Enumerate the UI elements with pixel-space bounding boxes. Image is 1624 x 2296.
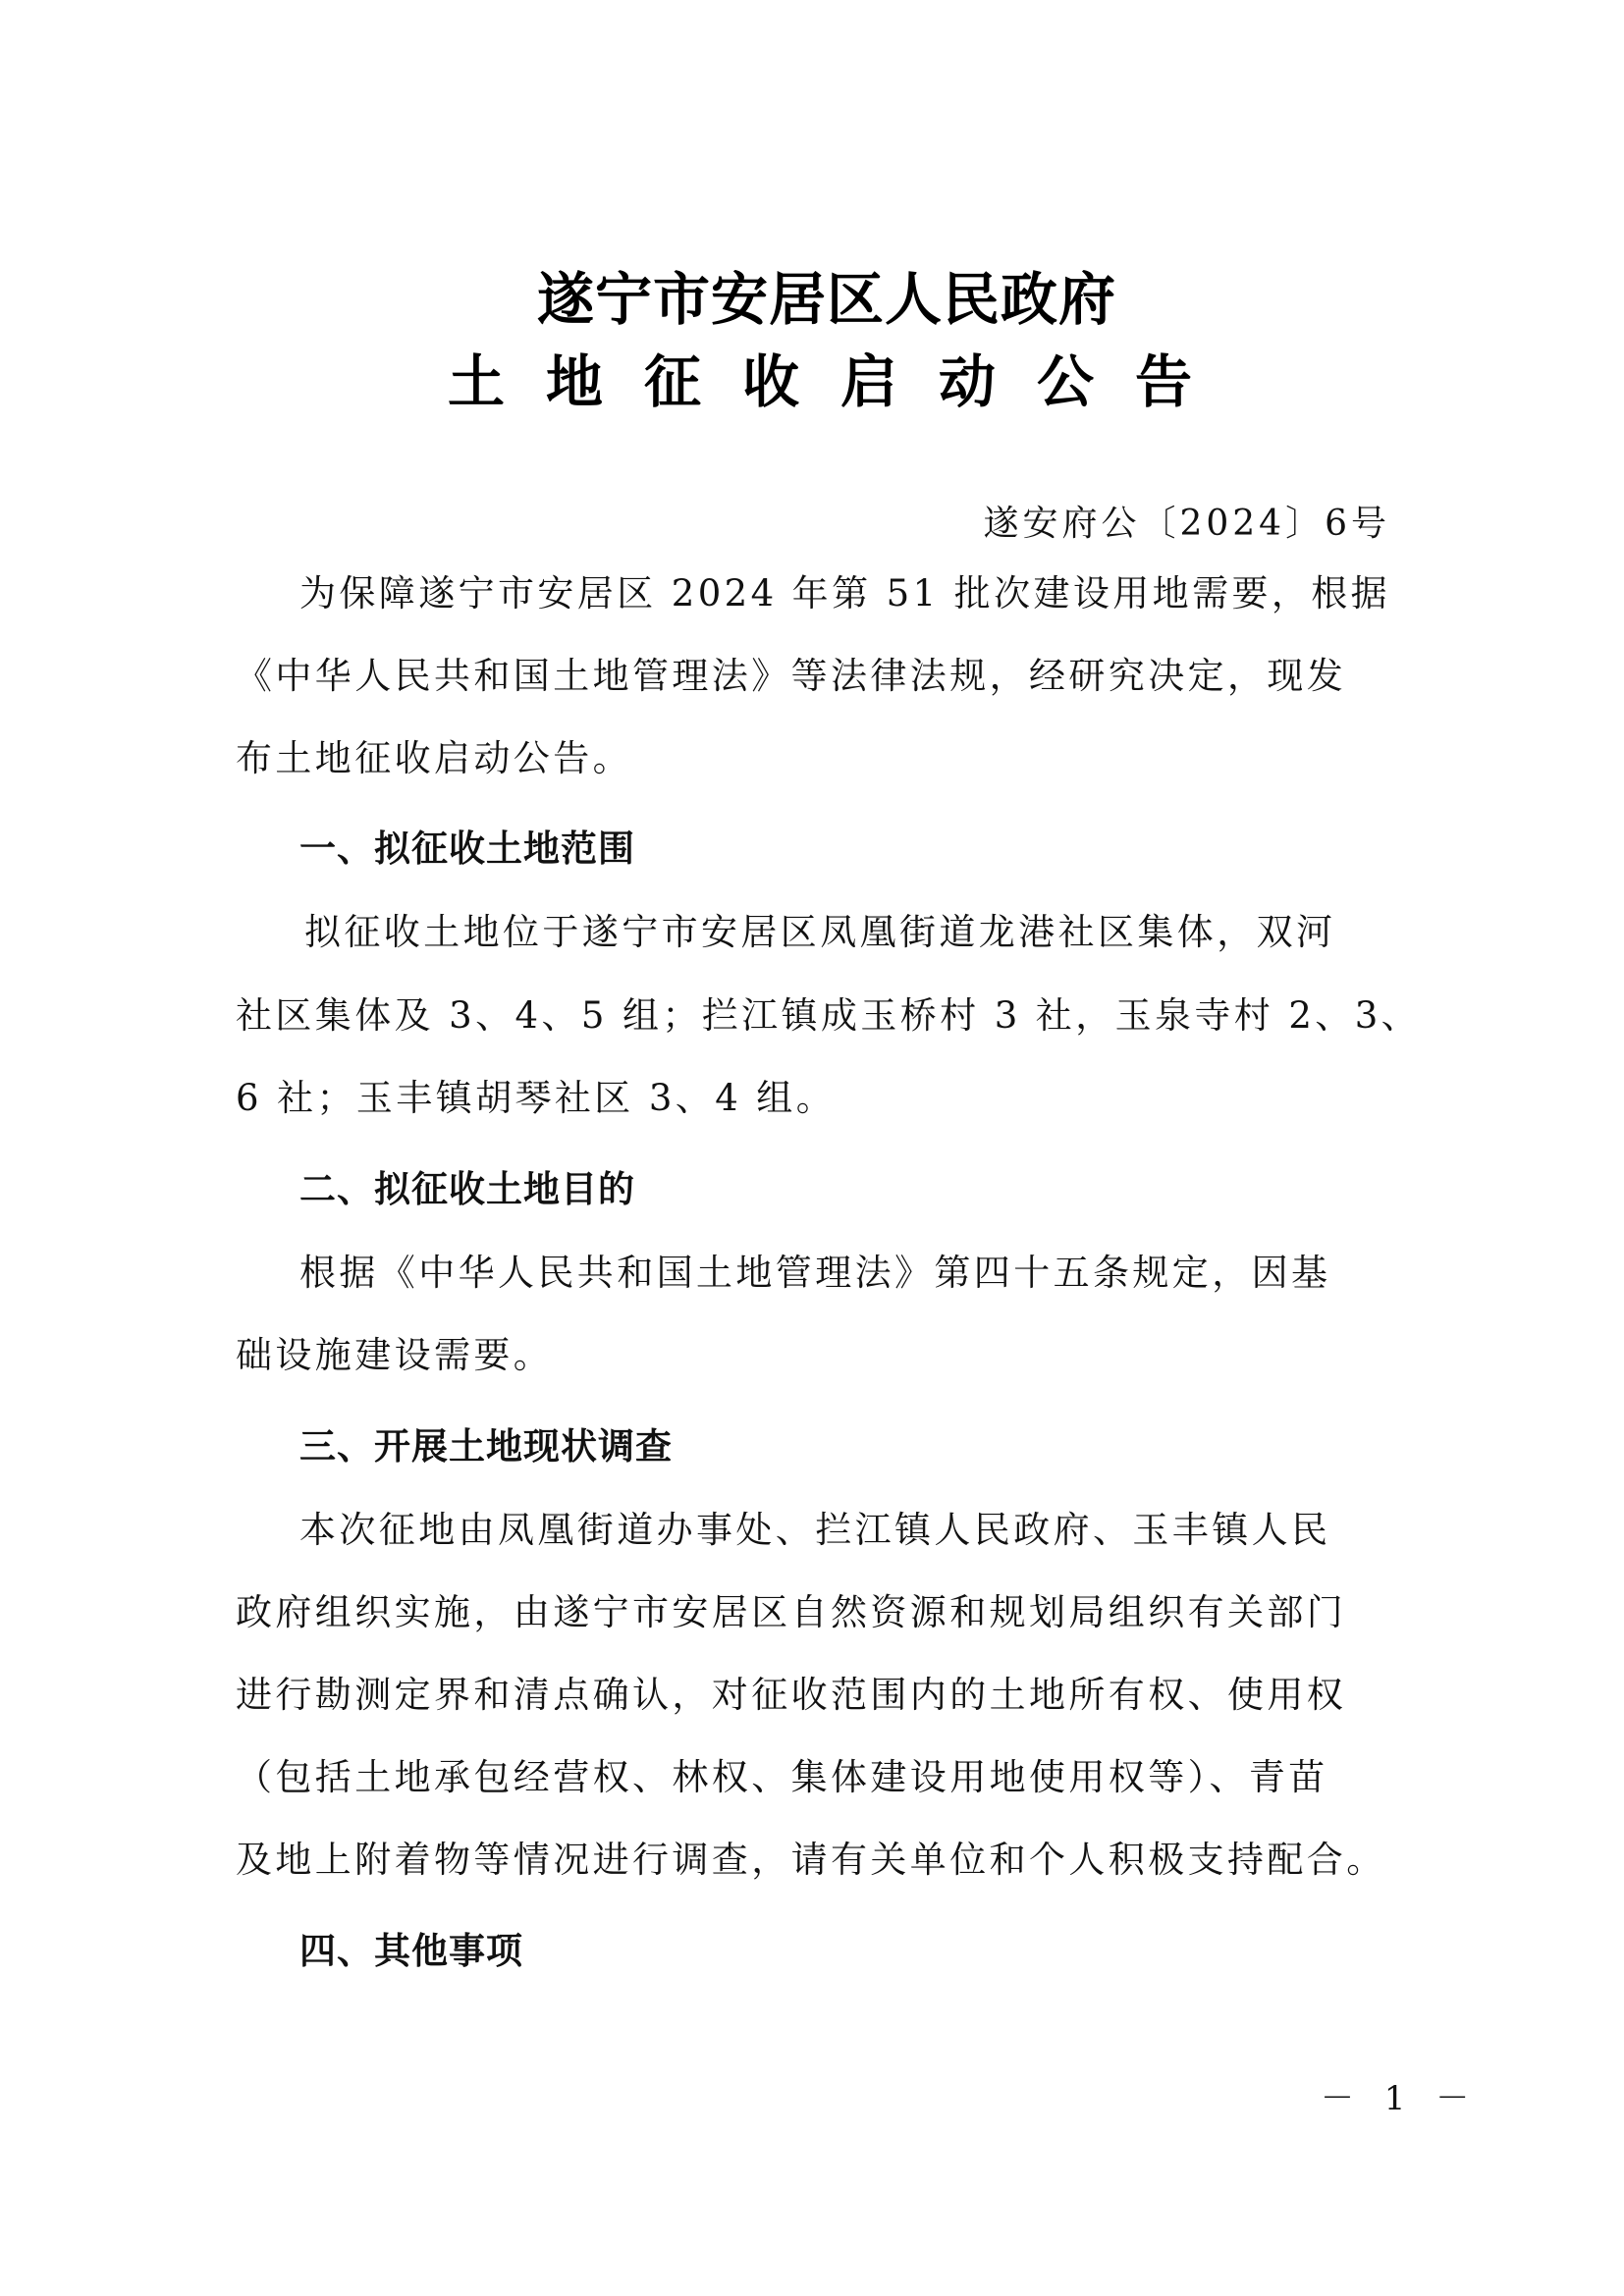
- section-3-line-3: 进行勘测定界和清点确认，对征收范围内的土地所有权、使用权: [236, 1671, 1414, 1720]
- document-page: 遂宁市安居区人民政府 土地征收启动公告 遂安府公〔2024〕6号 为保障遂宁市安…: [0, 0, 1624, 2296]
- intro-line-2: 《中华人民共和国土地管理法》等法律法规，经研究决定，现发: [236, 652, 1414, 701]
- intro-line-3: 布土地征收启动公告。: [236, 734, 1414, 783]
- section-3-line-4: （包括土地承包经营权、林权、集体建设用地使用权等）、青苗: [236, 1753, 1414, 1802]
- section-3-line-1: 本次征地由凤凰街道办事处、拦江镇人民政府、玉丰镇人民: [299, 1506, 1478, 1555]
- section-heading-3: 三、开展土地现状调查: [299, 1422, 673, 1471]
- section-heading-2: 二、拟征收土地目的: [299, 1165, 635, 1214]
- issuer-title: 遂宁市安居区人民政府: [0, 253, 1624, 336]
- section-1-line-3: 6 社；玉丰镇胡琴社区 3、4 组。: [236, 1074, 1414, 1123]
- section-3-line-2: 政府组织实施，由遂宁市安居区自然资源和规划局组织有关部门: [236, 1588, 1414, 1637]
- section-2-line-1: 根据《中华人民共和国土地管理法》第四十五条规定，因基: [299, 1249, 1478, 1298]
- document-number: 遂安府公〔2024〕6号: [983, 496, 1390, 546]
- page-number: － 1 －: [1321, 2071, 1479, 2119]
- section-2-line-2: 础设施建设需要。: [236, 1331, 1414, 1380]
- section-1-line-1: 拟征收土地位于遂宁市安居区凤凰街道龙港社区集体，双河: [304, 908, 1483, 957]
- announcement-title: 土地征收启动公告: [0, 336, 1624, 418]
- section-3-line-5: 及地上附着物等情况进行调查，请有关单位和个人积极支持配合。: [236, 1836, 1414, 1885]
- section-heading-1: 一、拟征收土地范围: [299, 825, 635, 874]
- section-heading-4: 四、其他事项: [299, 1927, 523, 1976]
- intro-line-1: 为保障遂宁市安居区 2024 年第 51 批次建设用地需要，根据: [299, 569, 1478, 618]
- section-1-line-2: 社区集体及 3、4、5 组；拦江镇成玉桥村 3 社，玉泉寺村 2、3、: [236, 991, 1414, 1041]
